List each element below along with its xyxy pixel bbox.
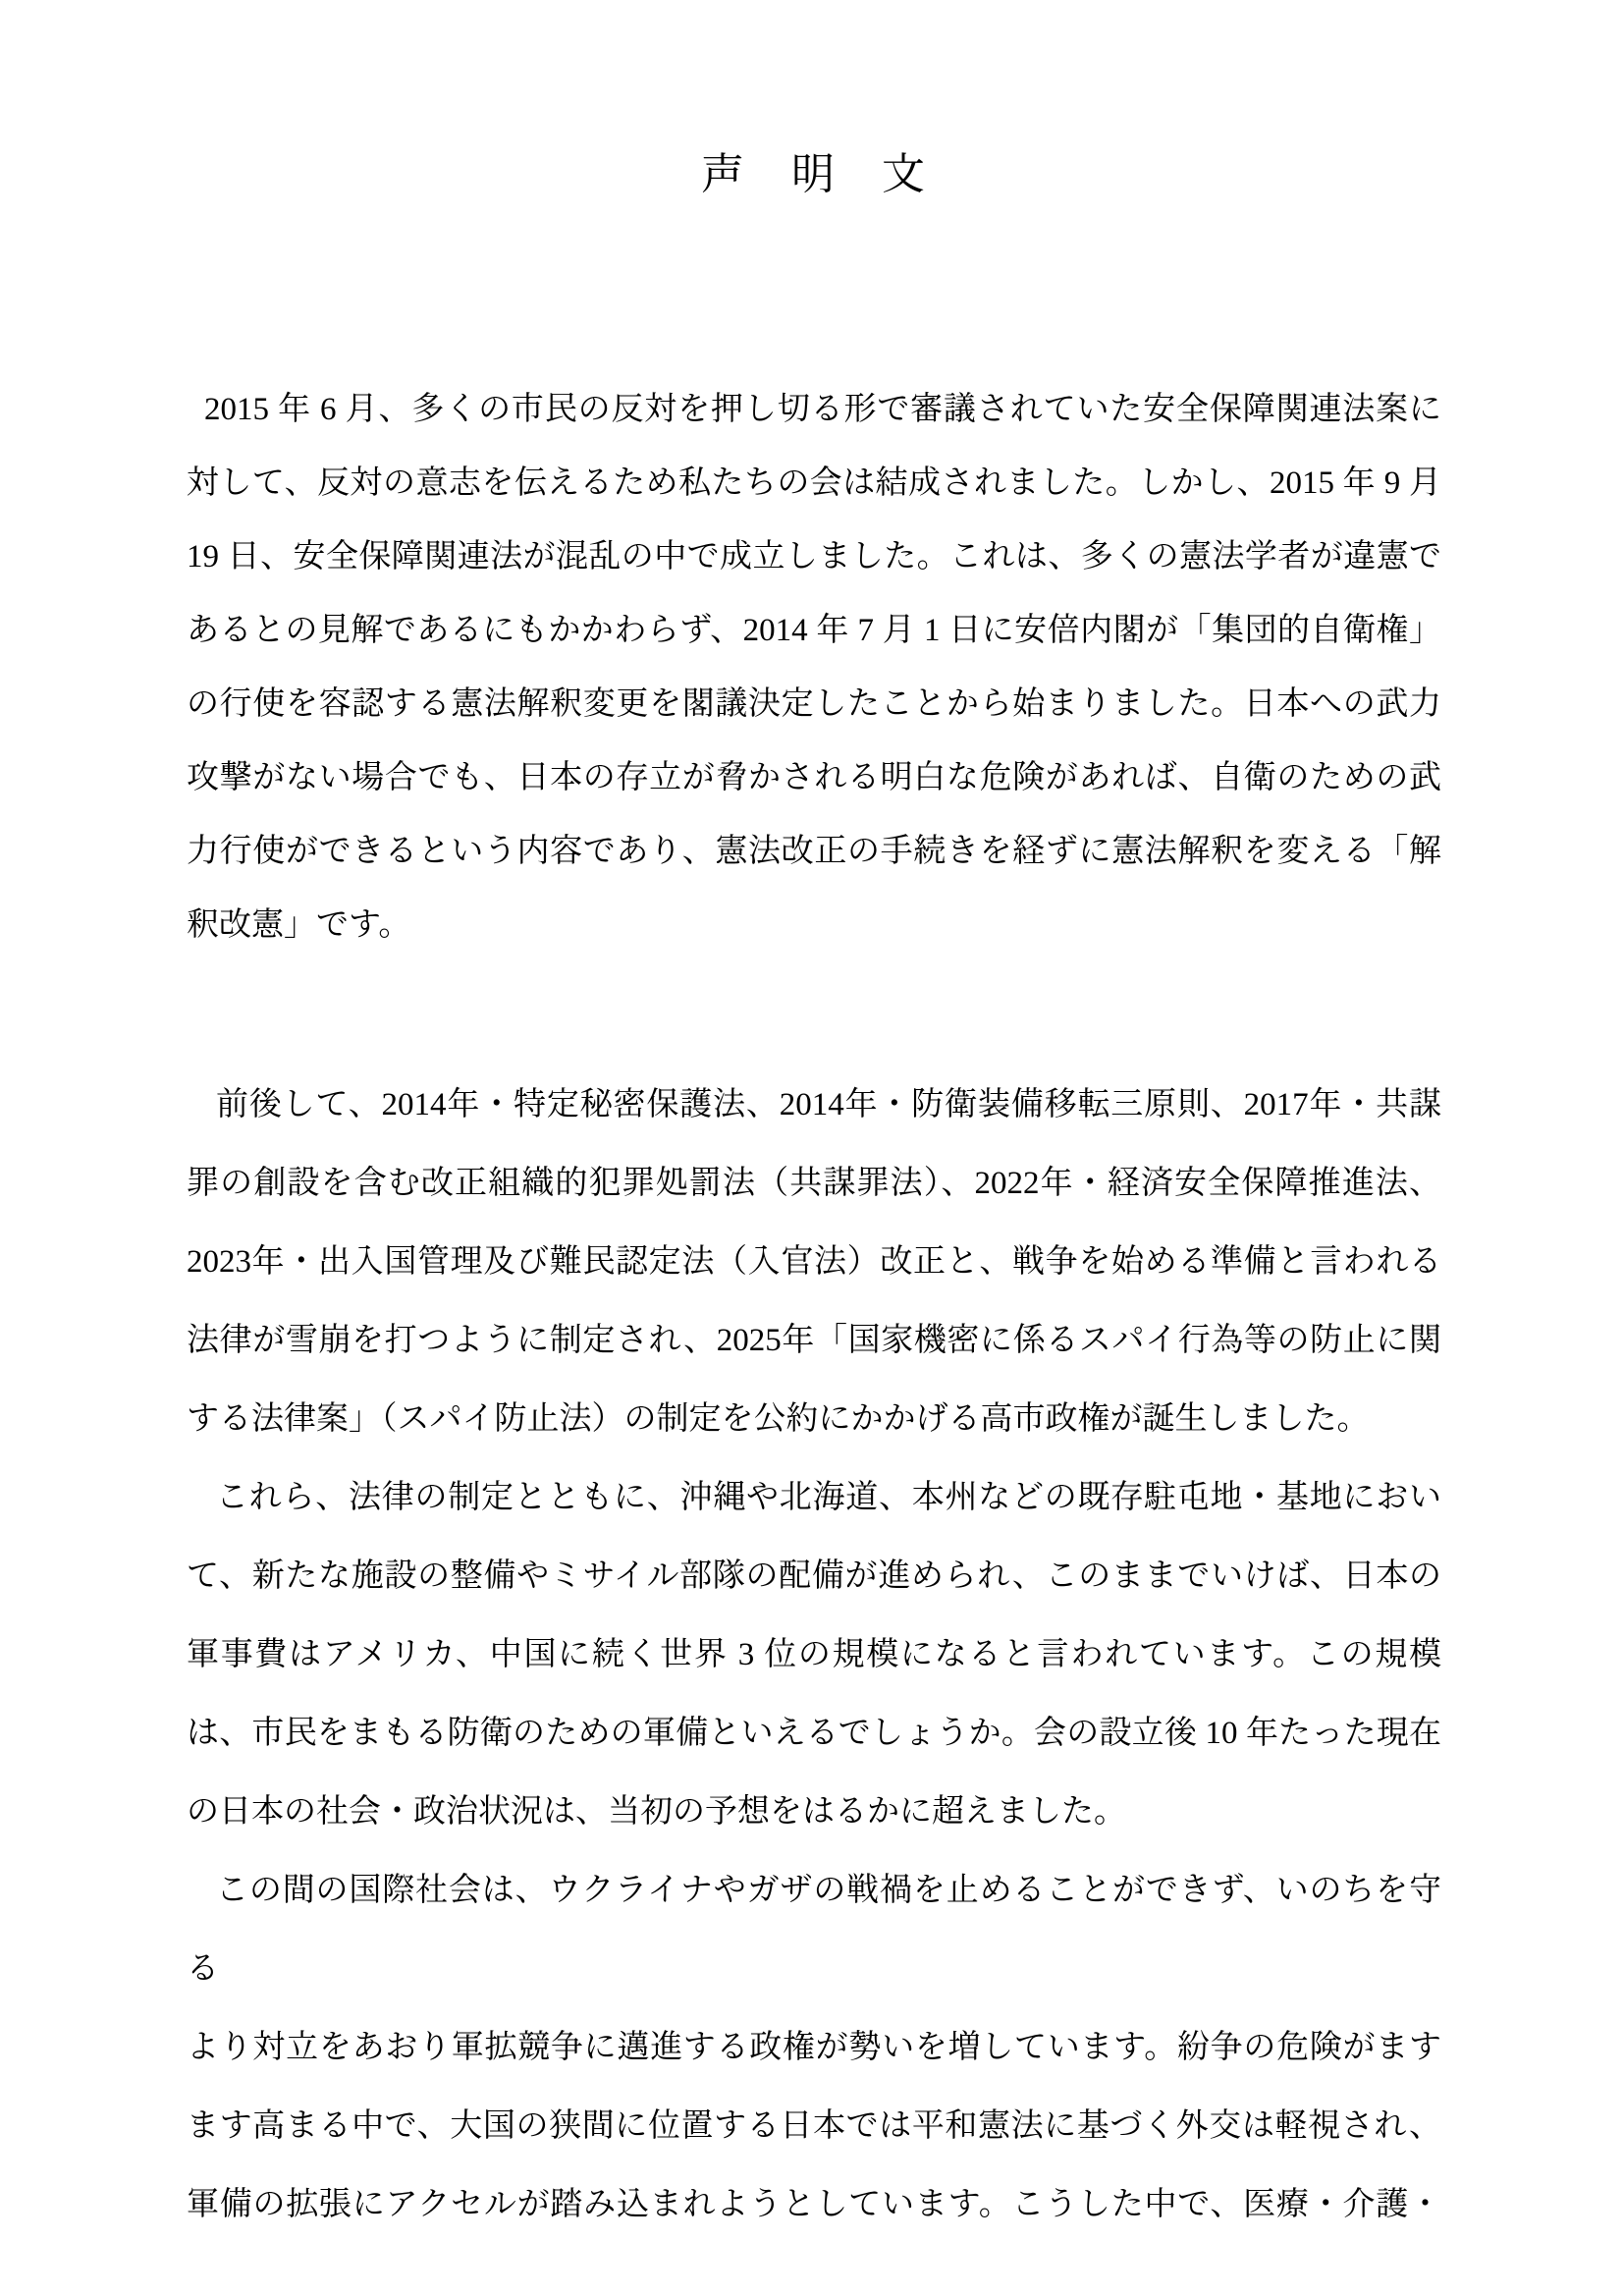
text-line: 軍事費はアメリカ、中国に続く世界 3 位の規模になると言われています。この規模: [187, 1615, 1441, 1694]
text-line: より対立をあおり軍拡競争に邁進する政権が勢いを増しています。紛争の危険がます: [187, 2008, 1441, 2087]
text-line: 19 日、安全保障関連法が混乱の中で成立しました。これは、多くの憲法学者が違憲で: [187, 520, 1441, 594]
text-line: 対して、反対の意志を伝えるため私たちの会は結成されました。しかし、2015 年 …: [187, 447, 1441, 520]
text-line: する法律案」（スパイ防止法）の制定を公約にかかげる高市政権が誕生しました。: [187, 1380, 1441, 1458]
text-line: 罪の創設を含む改正組織的犯罪処罰法（共謀罪法）、2022年・経済安全保障推進法、: [187, 1144, 1441, 1223]
text-line: 法律が雪崩を打つように制定され、2025年「国家機密に係るスパイ行為等の防止に関: [187, 1301, 1441, 1380]
paragraph: これら、法律の制定とともに、沖縄や北海道、本州などの既存駐屯地・基地におい て、…: [187, 1458, 1441, 1851]
text-line: は、市民をまもる防衛のための軍備といえるでしょうか。会の設立後 10 年たった現…: [187, 1694, 1441, 1773]
text-line: 軍備の拡張にアクセルが踏み込まれようとしています。こうした中で、医療・介護・: [187, 2165, 1441, 2244]
text-line: 攻撃がない場合でも、日本の存立が脅かされる明白な危険があれば、自衛のための武: [187, 741, 1441, 815]
text-line: 前後して、2014年・特定秘密保護法、2014年・防衛装備移転三原則、2017年…: [187, 1066, 1441, 1144]
text-line: 2023年・出入国管理及び難民認定法（入官法）改正と、戦争を始める準備と言われる: [187, 1223, 1441, 1301]
text-line: て、新たな施設の整備やミサイル部隊の配備が進められ、このままでいけば、日本の: [187, 1537, 1441, 1615]
text-line: の行使を容認する憲法解釈変更を閣議決定したことから始まりました。日本への武力: [187, 668, 1441, 741]
paragraph: 前後して、2014年・特定秘密保護法、2014年・防衛装備移転三原則、2017年…: [187, 1066, 1441, 1458]
text-line: 2015 年 6 月、多くの市民の反対を押し切る形で審議されていた安全保障関連法…: [187, 373, 1441, 447]
statement-document-page: 声 明 文 2015 年 6 月、多くの市民の反対を押し切る形で審議されていた安…: [0, 0, 1623, 2296]
text-line: 釈改憲」です。: [187, 889, 1441, 962]
text-line: あるとの見解であるにもかかわらず、2014 年 7 月 1 日に安倍内閣が「集団…: [187, 594, 1441, 668]
text-line: 力行使ができるという内容であり、憲法改正の手続きを経ずに憲法解釈を変える「解: [187, 815, 1441, 889]
text-line: の日本の社会・政治状況は、当初の予想をはるかに超えました。: [187, 1773, 1441, 1851]
text-line: これら、法律の制定とともに、沖縄や北海道、本州などの既存駐屯地・基地におい: [187, 1458, 1441, 1537]
text-line: この間の国際社会は、ウクライナやガザの戦禍を止めることができず、いのちを守る: [187, 1851, 1441, 2008]
text-line: ます高まる中で、大国の狭間に位置する日本では平和憲法に基づく外交は軽視され、: [187, 2087, 1441, 2165]
paragraph: 2015 年 6 月、多くの市民の反対を押し切る形で審議されていた安全保障関連法…: [187, 373, 1441, 962]
paragraph: この間の国際社会は、ウクライナやガザの戦禍を止めることができず、いのちを守る よ…: [187, 1851, 1441, 2244]
document-title: 声 明 文: [187, 149, 1441, 200]
